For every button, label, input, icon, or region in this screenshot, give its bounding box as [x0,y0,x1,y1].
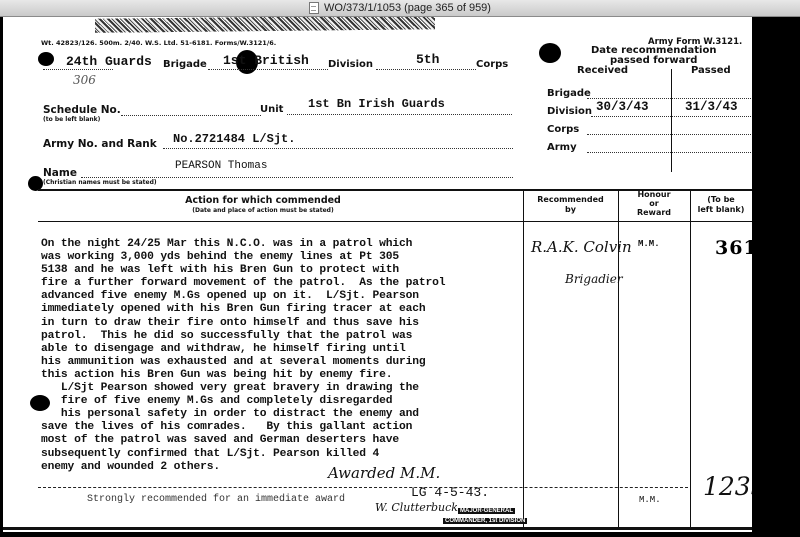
recommender-rank: Brigadier [565,272,623,286]
ink-blot [539,43,561,63]
dates-row-line [587,152,752,153]
window-title: WO/373/1/1053 (page 365 of 959) [324,2,491,14]
division-honour: M.M. [639,495,661,505]
scan-noise-band [95,17,435,33]
document-page: Wt. 42823/126. 500m. 2/40. W.S. Ltd. 51-… [3,17,752,532]
corps-label: Corps [476,59,508,70]
dates-col-received: Received [577,65,628,76]
header-blank: (To be [690,195,752,204]
name-value: PEARSON Thomas [175,160,267,172]
name-line [81,177,513,178]
schedule-label: Schedule No. [43,104,121,116]
brigade-line [43,69,113,70]
divisional-divider [38,487,688,488]
unit-line [287,114,512,115]
name-note: (Christian names must be stated) [43,179,157,186]
header-recommended-by: by [523,205,618,214]
dates-row-label: Corps [547,124,579,135]
gazette-note: LG 4-5-43. [411,485,489,500]
header-left-blank: left blank) [690,205,752,214]
dates-divider [671,69,672,172]
schedule-note: (to be left blank) [43,116,100,123]
table-bottom-rule [3,527,752,530]
army-no-line [163,148,513,149]
honour-value: M.M. [638,239,660,249]
dates-row-label: Brigade [547,88,591,99]
division-value: 1st British [223,53,309,68]
awarded-note: Awarded M.M. [328,464,440,482]
col-divider [690,191,691,527]
header-reward: Reward [618,208,690,217]
document-icon [309,2,319,14]
print-code: Wt. 42823/126. 500m. 2/40. W.S. Ltd. 51-… [41,39,276,47]
brigade-label: Brigade [163,59,207,70]
division-label: Division [328,59,373,70]
brigade-value: 24th Guards [66,54,152,69]
dates-row-line [587,98,752,99]
header-action: Action for which commended [3,195,523,206]
rank-stamp: MAJOR-GENERAL [458,508,515,514]
header-recommended: Recommended [523,195,618,204]
table-header-rule [38,221,752,222]
schedule-scribble: 306 [73,73,96,87]
division-remark: Strongly recommended for an immediate aw… [87,494,345,505]
blank-column-number: 361 [715,237,752,259]
ink-blot [38,52,54,66]
schedule-line [121,115,261,116]
command-stamp: COMMANDER, 1st DIVISION [443,518,527,524]
header-action-note: (Date and place of action must be stated… [3,207,523,214]
header-honour: Honour [618,190,690,199]
dates-row-label: Army [547,142,577,153]
army-no-label: Army No. and Rank [43,138,157,150]
viewer-margin [752,17,800,537]
dates-row-line [591,116,752,117]
header-or: or [618,199,690,208]
army-no-value: No.2721484 L/Sjt. [173,132,295,146]
division-passed-date: 31/3/43 [685,100,738,114]
division-signature: W. Clutterbuck [375,501,458,514]
archive-number: 12350 [703,472,752,501]
window-titlebar: WO/373/1/1053 (page 365 of 959) [0,0,800,17]
dates-col-passed: Passed [691,65,731,76]
unit-label: Unit [260,104,283,115]
corps-line [376,69,476,70]
dates-row-label: Division [547,106,592,117]
dates-row-line [587,134,752,135]
division-received-date: 30/3/43 [596,100,649,114]
unit-value: 1st Bn Irish Guards [308,97,445,111]
division-line [208,69,328,70]
corps-value: 5th [416,52,439,67]
name-label: Name [43,167,77,179]
recommender-signature: R.A.K. Colvin [531,238,632,256]
citation-text: On the night 24/25 Mar this N.C.O. was i… [41,238,531,474]
